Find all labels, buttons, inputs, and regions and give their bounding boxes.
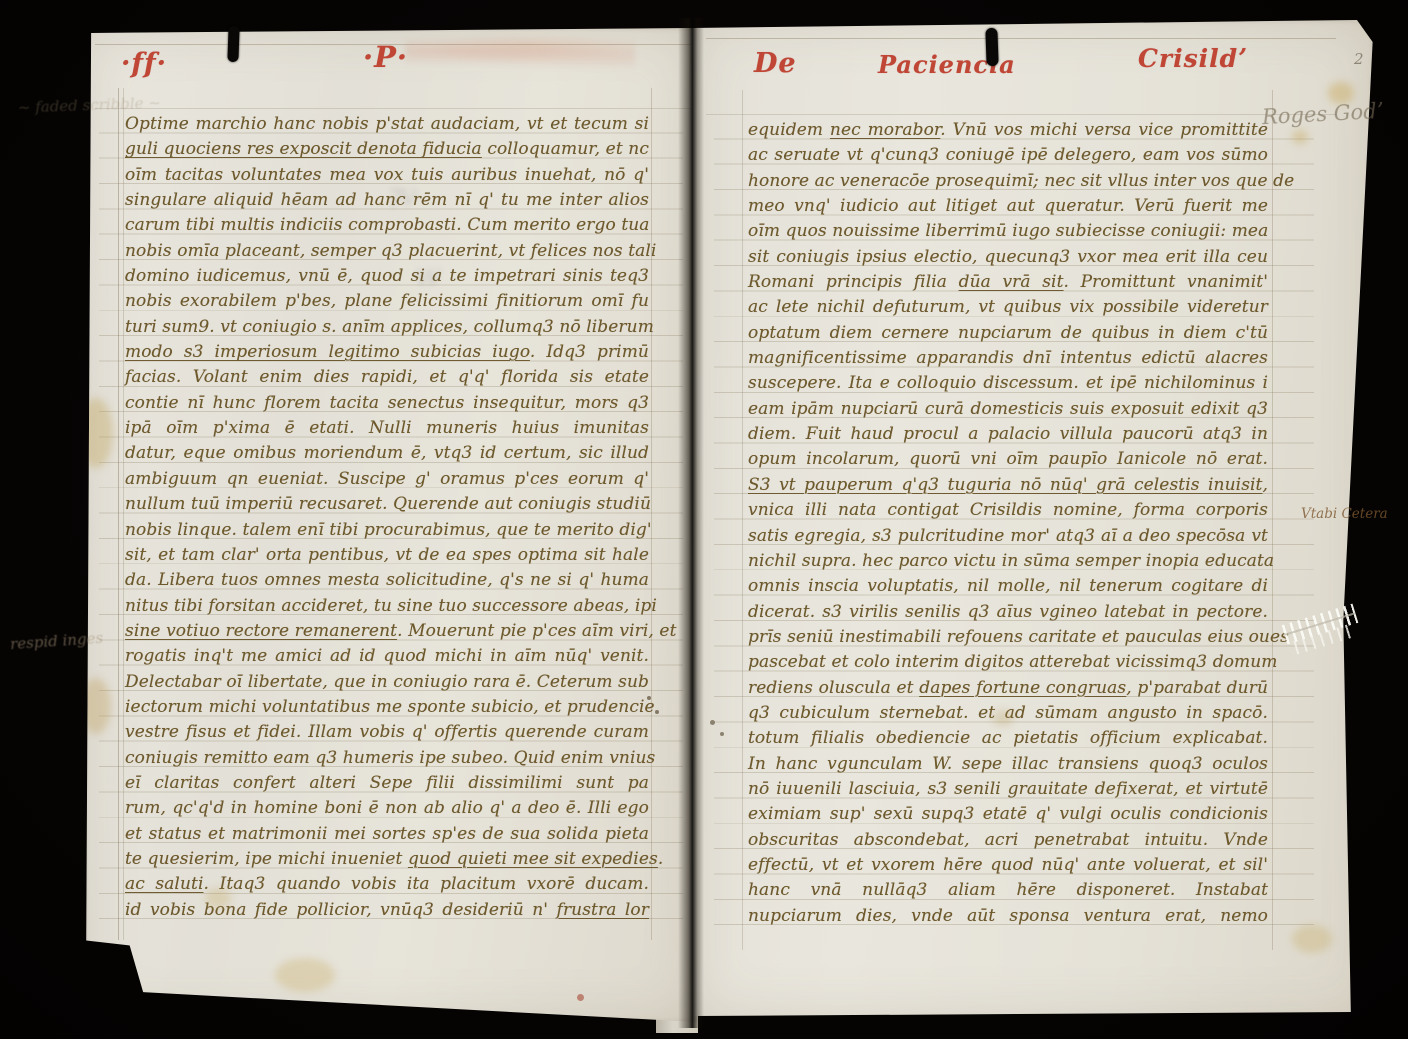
manuscript-text-line: eam ipām nupciarū curā domesticis suis e…: [748, 397, 1268, 422]
manuscript-text-line: domino iudicemus, vnū ē, quod si a te im…: [125, 264, 649, 289]
manuscript-text-line: Romani principis filia dūa vrā sit. Prom…: [748, 270, 1268, 295]
header-rule: [95, 108, 691, 109]
manuscript-text-line: nitus tibi forsitan accideret, tu sine t…: [125, 594, 649, 619]
manuscript-text-line: ambiguum qn eueniat. Suscipe g' oramus p…: [125, 467, 649, 492]
manuscript-text-line: contie nī hunc florem tacita senectus in…: [125, 391, 649, 416]
ink-speck: [647, 696, 651, 700]
manuscript-text-line: obscuritas abscondebat, acri penetrabat …: [748, 828, 1268, 853]
manuscript-text-line: eī claritas confert alteri Sepe filii di…: [125, 771, 649, 796]
stain: [992, 710, 1014, 726]
manuscript-text-line: optatum diem cernere nupciarum de quibus…: [748, 321, 1268, 346]
stain: [1292, 130, 1308, 144]
manuscript-text-line: coniugis remitto eam q3 humeris ipe sube…: [125, 746, 649, 771]
running-header-left: ·ff·: [121, 48, 167, 79]
manuscript-text-line: sit coniugis ipsius electio, quecunq3 vx…: [748, 245, 1268, 270]
manuscript-text-line: iectorum michi voluntatibus me sponte su…: [125, 695, 649, 720]
margin-rule-left-outer: [118, 88, 119, 940]
manuscript-text-line: sit, et tam clar' orta pentibus, vt de e…: [125, 543, 649, 568]
manuscript-text-line: nullum tuū imperiū recusaret. Querende a…: [125, 492, 649, 517]
stain: [81, 678, 111, 734]
ink-bleedthrough: ⁊v: [385, 178, 417, 213]
manuscript-text-line: da. Libera tuos omnes mesta solicitudine…: [125, 568, 649, 593]
running-header-center: ·P·: [363, 40, 408, 74]
manuscript-text-line: nobis linque. talem enī tibi procurabimu…: [125, 518, 649, 543]
margin-note-faded: ~ faded scribble ~: [18, 93, 169, 124]
manuscript-text-line: S3 vt pauperum q'q3 tuguria nō nūq' grā …: [748, 473, 1268, 498]
page-right: De Paciencia Crisildʼ 2 equidem nec mora…: [692, 20, 1374, 1020]
manuscript-text-line: effectū, vt et vxorem hēre quod nūq' ant…: [748, 853, 1268, 878]
manuscript-text-line: suscepere. Ita e colloquio discessum. et…: [748, 371, 1268, 396]
manuscript-text-line: facias. Volant enim dies rapidi, et q'q'…: [125, 365, 649, 390]
manuscript-text-line: prīs seniū inestimabili refouens caritat…: [748, 625, 1268, 650]
running-header-left: De: [754, 48, 797, 79]
stain: [79, 398, 113, 468]
manuscript-text-line: opum incolarum, quorū vni oīm paupīo Ian…: [748, 447, 1268, 472]
stain: [205, 888, 231, 908]
manuscript-text-line: ac lete nichil defuturum, vt quibus vix …: [748, 295, 1268, 320]
manuscript-text-line: omnis inscia voluptatis, nil molle, nil …: [748, 574, 1268, 599]
manuscript-text-line: turi sum9. vt coniugio s. anīm applices,…: [125, 315, 649, 340]
manuscript-text-line: rum, qc'q'd in homine boni ē non ab alio…: [125, 796, 649, 821]
manuscript-text-line: carum tibi multis indiciis comprobasti. …: [125, 213, 649, 238]
manuscript-text-line: nichil supra. hec parco victu in sūma se…: [748, 549, 1268, 574]
manuscript-text-line: sine votiuo rectore remanerent. Mouerunt…: [125, 619, 649, 644]
ink-bleedthrough: w: [415, 258, 441, 293]
margin-rule-left: [742, 90, 743, 950]
margin-rule-right: [651, 88, 652, 940]
folio-number: 2: [1354, 50, 1364, 68]
manuscript-text-line: nobis omīa placeant, semper q3 placuerin…: [125, 239, 649, 264]
manuscript-text-line: datur, eque omibus moriendum ē, vtq3 id …: [125, 441, 649, 466]
manuscript-text-line: et status et matrimonii mei sortes sp'es…: [125, 822, 649, 847]
index-tab-marker: [985, 28, 998, 66]
stain: [275, 958, 335, 992]
manuscript-scan: ·ff· ·P· Optime marchio hanc nobis p'sta…: [0, 0, 1408, 1039]
manuscript-text-line: diem. Fuit haud procul a palacio villula…: [748, 422, 1268, 447]
manuscript-text-line: ipā oīm p'xima ē etati. Nulli muneris hu…: [125, 416, 649, 441]
manuscript-text-line: satis egregia, s3 pulcritudine mor' atq3…: [748, 524, 1268, 549]
faded-rubric-traces: [405, 34, 635, 68]
ink-speck: [710, 720, 715, 725]
manuscript-text-line: ac saluti. Itaq3 quando vobis ita placit…: [125, 872, 649, 897]
manuscript-text-line: guli quociens res exposcit denota fiduci…: [125, 137, 649, 162]
manuscript-text-line: te quesierim, ipe michi inueniet quod qu…: [125, 847, 649, 872]
running-header-right: Crisildʼ: [1138, 44, 1248, 73]
manuscript-text-line: vnica illi nata contigat Crisildis nomin…: [748, 498, 1268, 523]
stain: [1292, 925, 1332, 953]
manuscript-text-line: In hanc vgunculam W. sepe illac transien…: [748, 752, 1268, 777]
ink-speck: [720, 732, 724, 736]
text-block-right: equidem nec morabor. Vnū vos michi versa…: [748, 118, 1268, 929]
manuscript-text-line: modo s3 imperiosum legitimo subicias iug…: [125, 340, 649, 365]
manuscript-text-line: hanc vnā nullāq3 aliam hēre disponeret. …: [748, 878, 1268, 903]
page-left: ·ff· ·P· Optime marchio hanc nobis p'sta…: [85, 28, 697, 1022]
top-frame-rule: [706, 38, 1336, 39]
ink-speck: [577, 994, 584, 1001]
header-rule: [706, 114, 1336, 115]
manuscript-text-line: eximiam sup' sexū supq3 etatē q' vulgi o…: [748, 802, 1268, 827]
margin-rule-right: [1272, 90, 1273, 950]
margin-rule-left-inner: [123, 88, 124, 940]
manuscript-text-line: equidem nec morabor. Vnū vos michi versa…: [748, 118, 1268, 143]
text-block-left: Optime marchio hanc nobis p'stat audacia…: [125, 112, 649, 923]
manuscript-text-line: rediens oluscula et dapes fortune congru…: [748, 676, 1268, 701]
manuscript-text-line: rogatis inq't me amici ad id quod michi …: [125, 644, 649, 669]
margin-note-foreedge: Vtabi Cetera: [1301, 506, 1388, 522]
manuscript-text-line: totum filialis obediencie ac pietatis of…: [748, 726, 1268, 751]
manuscript-text-line: honore ac veneracōe prosequimī; nec sit …: [748, 169, 1268, 194]
manuscript-text-line: oīm quos nouissime liberrimū iugo subiec…: [748, 219, 1268, 244]
manuscript-text-line: pascebat et colo interim digitos attereb…: [748, 650, 1268, 675]
manuscript-text-line: id vobis bona fide pollicior, vnūq3 desi…: [125, 898, 649, 923]
manuscript-text-line: vestre fisus et fidei. Illam vobis q' of…: [125, 720, 649, 745]
manuscript-text-line: Optime marchio hanc nobis p'stat audacia…: [125, 112, 649, 137]
manuscript-text-line: ac seruate vt q'cunq3 coniugē ipē delege…: [748, 143, 1268, 168]
manuscript-text-line: nobis exorabilem p'bes, plane felicissim…: [125, 289, 649, 314]
manuscript-text-line: Delectabar oī libertate, que in coniugio…: [125, 670, 649, 695]
manuscript-text-line: nō iuuenili lasciuia, s3 senili grauitat…: [748, 777, 1268, 802]
manuscript-text-line: dicerat. s3 virilis senilis q3 aīus vgin…: [748, 600, 1268, 625]
manuscript-text-line: magnificentissime apparandis dnī intentu…: [748, 346, 1268, 371]
ink-speck: [655, 710, 659, 714]
binding-gutter: [678, 18, 704, 1028]
manuscript-text-line: meo vnq' iudicio aut litiget aut queratu…: [748, 194, 1268, 219]
index-tab-marker: [227, 26, 239, 62]
manuscript-text-line: nupciarum dies, vnde aūt sponsa ventura …: [748, 904, 1268, 929]
